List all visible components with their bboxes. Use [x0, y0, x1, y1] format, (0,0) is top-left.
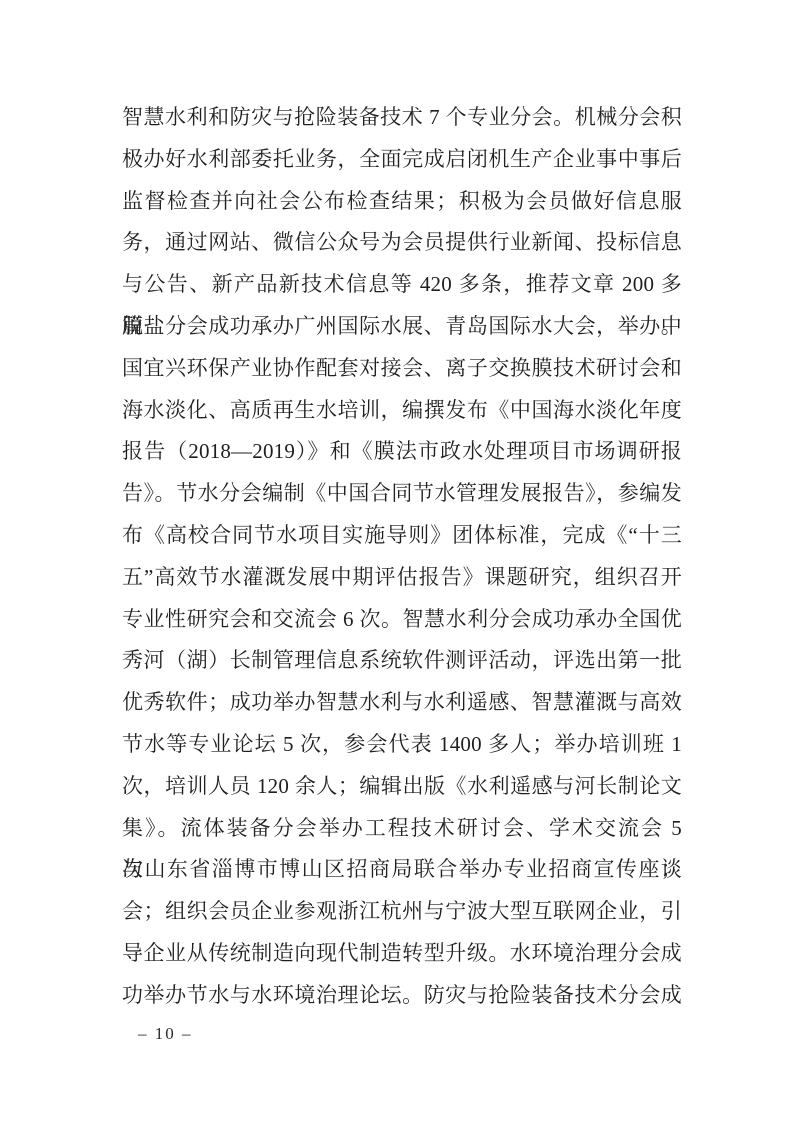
body-text: 智慧水利和防灾与抢险装备技术 7 个专业分会。机械分会积 极办好水利部委托业务，…	[122, 97, 682, 1017]
page-number: – 10 –	[138, 1024, 193, 1044]
text-line-8: 海水淡化、高质再生水培训，编撰发布《中国海水淡化年度	[122, 390, 682, 432]
text-line-11: 布《高校合同节水项目实施导则》团体标准，完成《“十三	[122, 515, 682, 557]
text-line-7: 国宜兴环保产业协作配套对接会、离子交换膜技术研讨会和	[122, 348, 682, 390]
text-line-13: 专业性研究会和交流会 6 次。智慧水利分会成功承办全国优	[122, 599, 682, 641]
text-line-18: 集》。流体装备分会举办工程技术研讨会、学术交流会 5 次；	[122, 808, 682, 850]
text-line-4: 务，通过网站、微信公众号为会员提供行业新闻、投标信息	[122, 222, 682, 264]
text-line-10: 告》。节水分会编制《中国合同节水管理发展报告》，参编发	[122, 473, 682, 515]
text-line-3: 监督检查并向社会公布检查结果；积极为会员做好信息服	[122, 181, 682, 223]
text-line-16: 节水等专业论坛 5 次，参会代表 1400 多人；举办培训班 1	[122, 724, 682, 766]
text-line-12: 五”高效节水灌溉发展中期评估报告》课题研究，组织召开	[122, 557, 682, 599]
text-line-15: 优秀软件；成功举办智慧水利与水利遥感、智慧灌溉与高效	[122, 682, 682, 724]
text-line-14: 秀河（湖）长制管理信息系统软件测评活动，评选出第一批	[122, 640, 682, 682]
text-line-20: 会；组织会员企业参观浙江杭州与宁波大型互联网企业，引	[122, 891, 682, 933]
text-line-6: 脱盐分会成功承办广州国际水展、青岛国际水大会，举办中	[122, 306, 682, 348]
text-line-5: 与公告、新产品新技术信息等 420 多条，推荐文章 200 多篇。	[122, 264, 682, 306]
text-line-21: 导企业从传统制造向现代制造转型升级。水环境治理分会成	[122, 933, 682, 975]
text-line-22: 功举办节水与水环境治理论坛。防灾与抢险装备技术分会成	[122, 975, 682, 1017]
document-page: 智慧水利和防灾与抢险装备技术 7 个专业分会。机械分会积 极办好水利部委托业务，…	[0, 0, 800, 1131]
text-line-2: 极办好水利部委托业务，全面完成启闭机生产企业事中事后	[122, 139, 682, 181]
text-line-17: 次，培训人员 120 余人；编辑出版《水利遥感与河长制论文	[122, 766, 682, 808]
text-line-1: 智慧水利和防灾与抢险装备技术 7 个专业分会。机械分会积	[122, 97, 682, 139]
text-line-19: 与山东省淄博市博山区招商局联合举办专业招商宣传座谈	[122, 849, 682, 891]
text-line-9: 报告（2018—2019）》和《膜法市政水处理项目市场调研报	[122, 431, 682, 473]
